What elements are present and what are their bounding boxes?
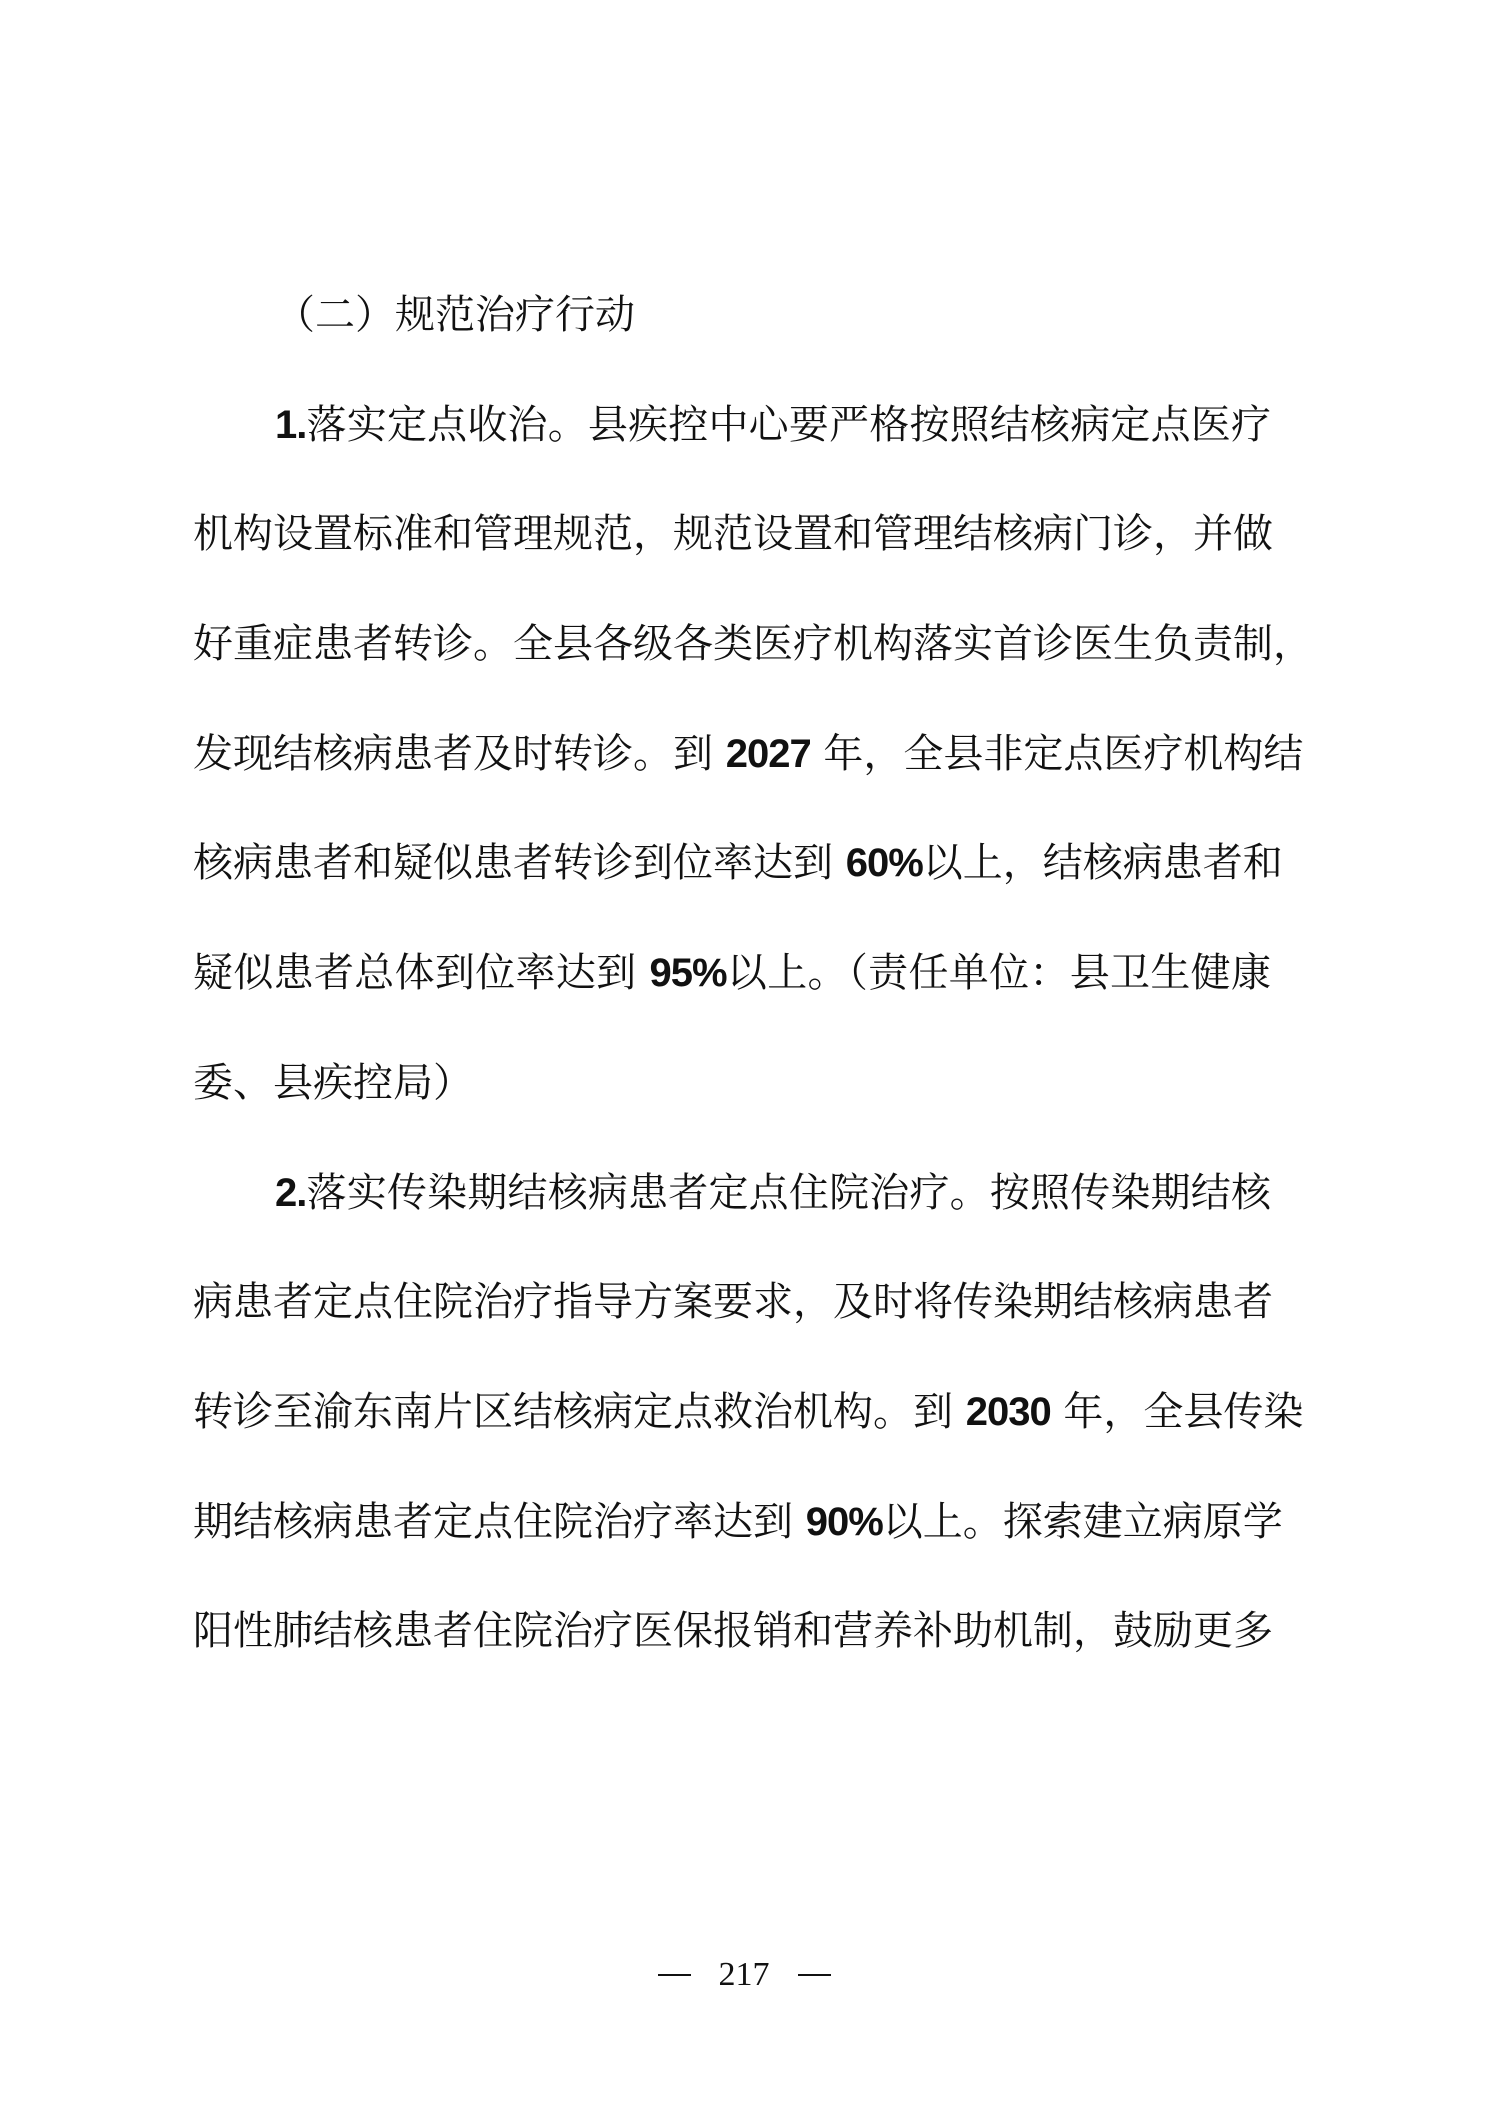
line-text: 病患者定点住院治疗指导方案要求，及时将传染期结核病患者 [193, 1279, 1273, 1325]
percent-value: 60% [846, 841, 923, 885]
line-text: 好重症患者转诊。全县各级各类医疗机构落实首诊医生负责制， [193, 621, 1313, 667]
paragraph-line: 2.落实传染期结核病患者定点住院治疗。按照传染期结核 [193, 1139, 1271, 1249]
section-heading: （二）规范治疗行动 [193, 261, 1271, 371]
right-dash-decoration [798, 1974, 831, 1976]
section-heading-text: （二）规范治疗行动 [275, 292, 635, 338]
line-text: 以上。探索建立病原学 [883, 1499, 1283, 1545]
paragraph-line: 期结核病患者定点住院治疗率达到 90%以上。探索建立病原学 [193, 1468, 1271, 1578]
percent-value: 95% [650, 951, 727, 995]
line-text: 以上。（责任单位：县卫生健康 [727, 950, 1271, 996]
item-number: 1. [275, 403, 306, 447]
year-value: 2027 [726, 732, 811, 776]
page-footer: 217 [0, 1950, 1488, 2000]
paragraph-line: 好重症患者转诊。全县各级各类医疗机构落实首诊医生负责制， [193, 590, 1271, 700]
paragraph-line: 转诊至渝东南片区结核病定点救治机构。到 2030 年，全县传染 [193, 1358, 1271, 1468]
paragraph-line: 委、县疾控局） [193, 1029, 1271, 1139]
paragraph-line: 病患者定点住院治疗指导方案要求，及时将传染期结核病患者 [193, 1248, 1271, 1358]
left-dash-decoration [658, 1974, 691, 1976]
paragraph-line: 阳性肺结核患者住院治疗医保报销和营养补助机制，鼓励更多 [193, 1577, 1271, 1687]
paragraph-line: 疑似患者总体到位率达到 95%以上。（责任单位：县卫生健康 [193, 919, 1271, 1029]
paragraph-line: 发现结核病患者及时转诊。到 2027 年，全县非定点医疗机构结 [193, 700, 1271, 810]
paragraph-2: 2.落实传染期结核病患者定点住院治疗。按照传染期结核 病患者定点住院治疗指导方案… [193, 1139, 1271, 1687]
year-value: 2030 [966, 1390, 1051, 1434]
item-number: 2. [275, 1171, 306, 1215]
document-body: （二）规范治疗行动 1.落实定点收治。县疾控中心要严格按照结核病定点医疗 机构设… [193, 261, 1271, 1687]
line-text: 阳性肺结核患者住院治疗医保报销和营养补助机制，鼓励更多 [193, 1608, 1273, 1654]
line-text: 核病患者和疑似患者转诊到位率达到 [193, 840, 846, 886]
document-page: （二）规范治疗行动 1.落实定点收治。县疾控中心要严格按照结核病定点医疗 机构设… [0, 0, 1488, 2105]
line-text: 发现结核病患者及时转诊。到 [193, 731, 726, 777]
line-text: 委、县疾控局） [193, 1060, 473, 1106]
paragraph-line: 机构设置标准和管理规范，规范设置和管理结核病门诊，并做 [193, 480, 1271, 590]
line-text: 年，全县传染 [1051, 1389, 1304, 1435]
paragraph-line: 1.落实定点收治。县疾控中心要严格按照结核病定点医疗 [193, 371, 1271, 481]
paragraph-1: 1.落实定点收治。县疾控中心要严格按照结核病定点医疗 机构设置标准和管理规范，规… [193, 371, 1271, 1139]
percent-value: 90% [806, 1500, 883, 1544]
line-text: 以上，结核病患者和 [923, 840, 1283, 886]
line-text: 疑似患者总体到位率达到 [193, 950, 650, 996]
line-text: 落实传染期结核病患者定点住院治疗。按照传染期结核 [306, 1170, 1271, 1216]
line-text: 年，全县非定点医疗机构结 [811, 731, 1304, 777]
line-text: 转诊至渝东南片区结核病定点救治机构。到 [193, 1389, 966, 1435]
line-text: 期结核病患者定点住院治疗率达到 [193, 1499, 806, 1545]
line-text: 落实定点收治。县疾控中心要严格按照结核病定点医疗 [306, 402, 1271, 448]
paragraph-line: 核病患者和疑似患者转诊到位率达到 60%以上，结核病患者和 [193, 809, 1271, 919]
page-number: 217 [719, 1956, 770, 1993]
line-text: 机构设置标准和管理规范，规范设置和管理结核病门诊，并做 [193, 511, 1273, 557]
